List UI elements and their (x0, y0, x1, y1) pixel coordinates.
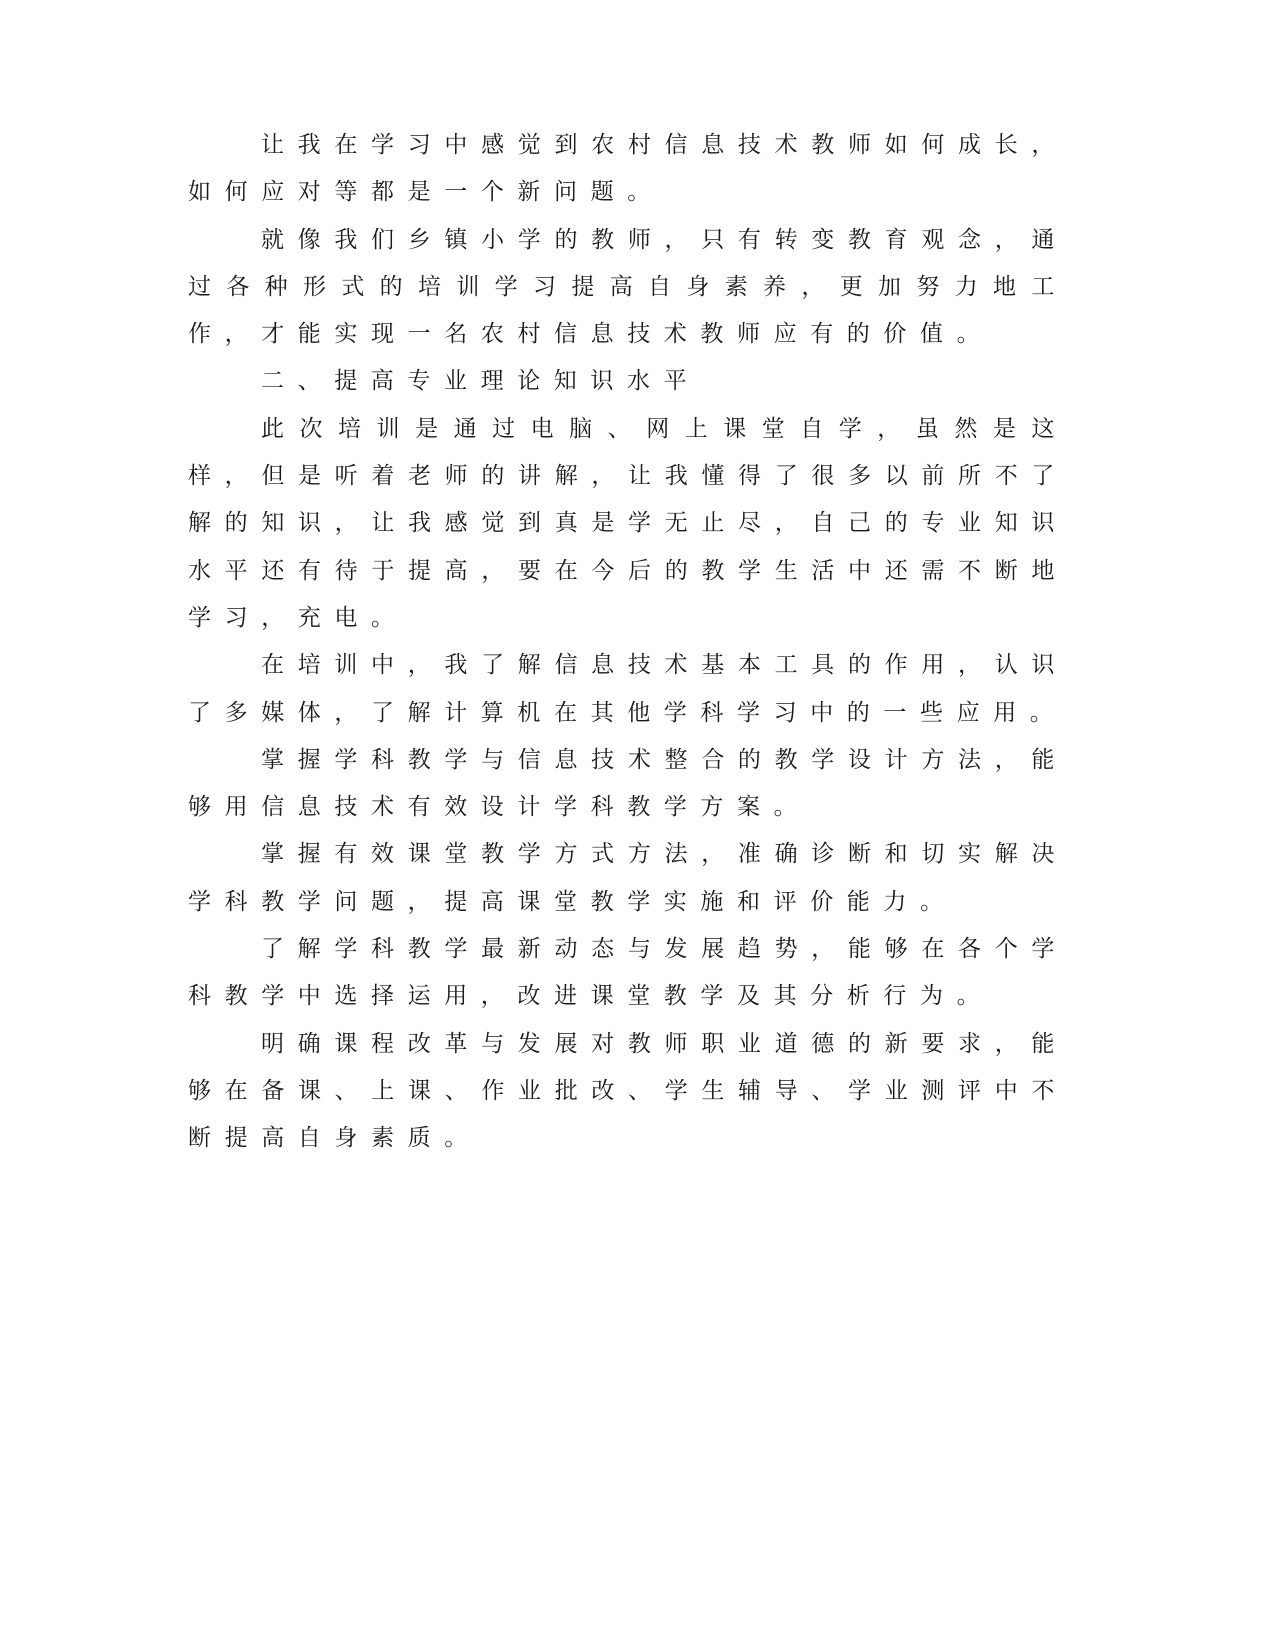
paragraph-online-training: 此次培训是通过电脑、网上课堂自学，虽然是这样，但是听着老师的讲解，让我懂得了很多… (188, 406, 1068, 642)
section-heading-professional-knowledge: 二、提高专业理论知识水平 (188, 358, 1068, 405)
paragraph-it-tools: 在培训中，我了解信息技术基本工具的作用，认识了多媒体，了解计算机在其他学科学习中… (188, 642, 1068, 737)
paragraph-instructional-design: 掌握学科教学与信息技术整合的教学设计方法，能够用信息技术有效设计学科教学方案。 (188, 737, 1068, 832)
paragraph-rural-teacher-value: 就像我们乡镇小学的教师，只有转变教育观念，通过各种形式的培训学习提高自身素养，更… (188, 217, 1068, 359)
paragraph-professional-ethics: 明确课程改革与发展对教师职业道德的新要求，能够在备课、上课、作业批改、学生辅导、… (188, 1021, 1068, 1163)
paragraph-teaching-trends: 了解学科教学最新动态与发展趋势，能够在各个学科教学中选择运用，改进课堂教学及其分… (188, 926, 1068, 1021)
paragraph-new-problem: 让我在学习中感觉到农村信息技术教师如何成长，如何应对等都是一个新问题。 (188, 122, 1068, 217)
document-page: 让我在学习中感觉到农村信息技术教师如何成长，如何应对等都是一个新问题。 就像我们… (188, 122, 1068, 1163)
paragraph-effective-teaching: 掌握有效课堂教学方式方法，准确诊断和切实解决学科教学问题，提高课堂教学实施和评价… (188, 831, 1068, 926)
